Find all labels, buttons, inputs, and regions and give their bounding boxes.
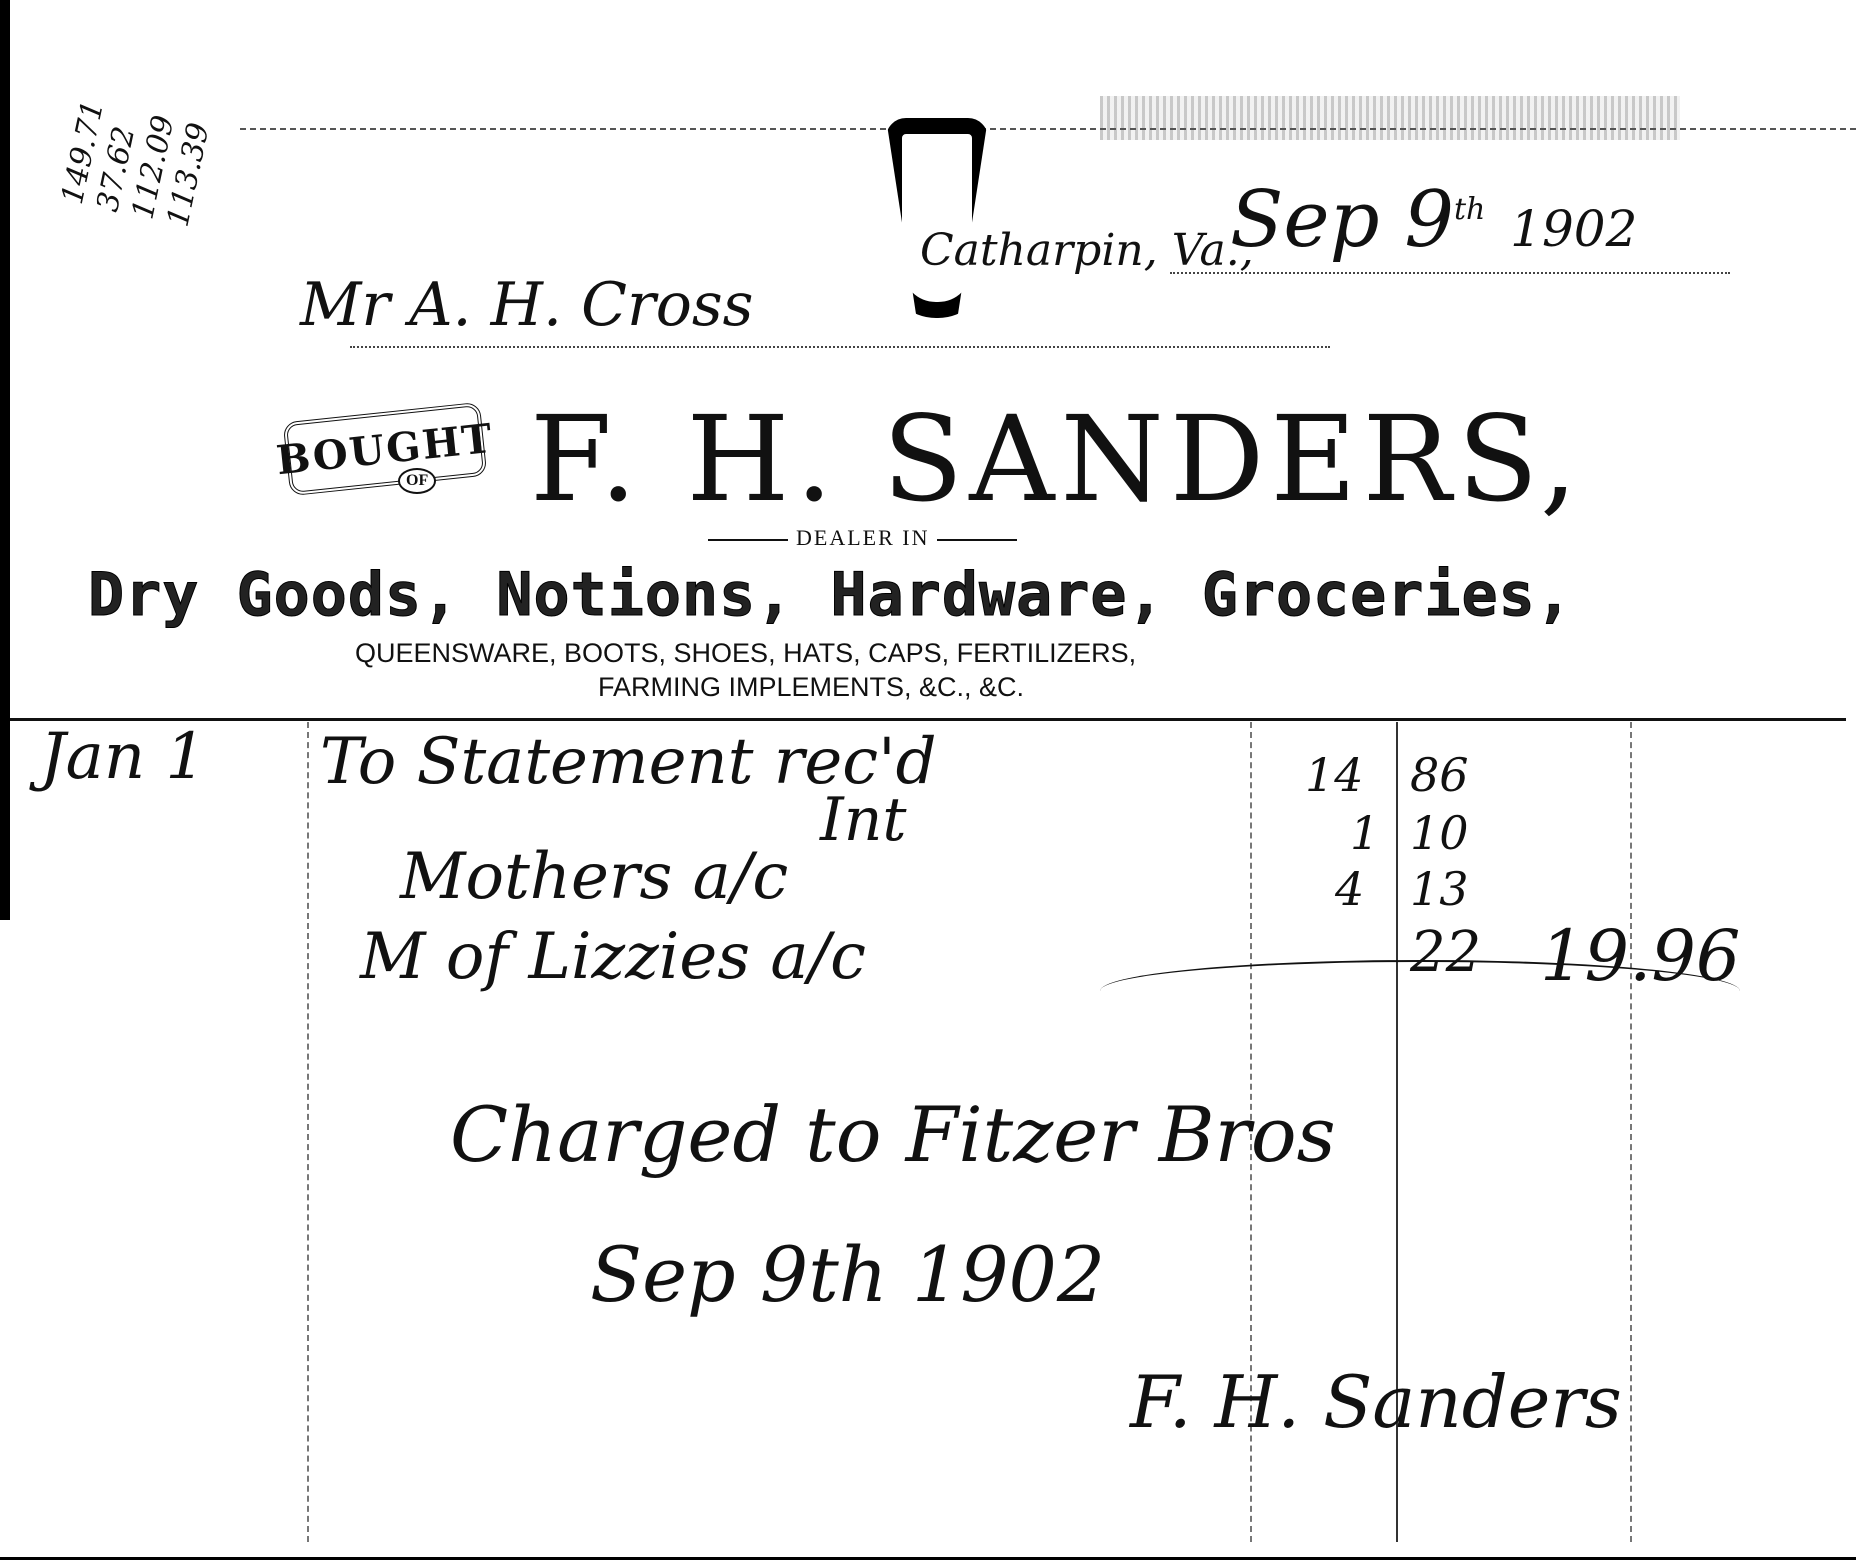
line-item-cents: 13: [1410, 862, 1469, 916]
customer-dotted-line: [350, 346, 1330, 348]
bought-badge: BOUGHT: [283, 402, 488, 496]
line-item-cents: 86: [1410, 748, 1469, 802]
charged-note: Charged to Fitzer Bros: [450, 1090, 1336, 1179]
dealer-in-label: DEALER IN: [700, 525, 1025, 551]
line-item-dollars: 1: [1350, 806, 1379, 860]
date-column-rule: [307, 722, 309, 1542]
invoice-date: Sep 9th 1902: [1230, 175, 1637, 265]
charged-date: Sep 9th 1902: [590, 1230, 1105, 1319]
top-perforation: [240, 128, 1856, 132]
total-column-rule: [1630, 722, 1632, 1542]
paper-clip-icon: [886, 118, 988, 318]
of-badge: OF: [398, 468, 436, 494]
line-item-cents: 10: [1410, 806, 1469, 860]
line-item-description: Mothers a/c: [400, 840, 788, 914]
scan-bottom-edge: [0, 1557, 1856, 1560]
torn-paper-band: [1100, 96, 1680, 140]
scan-left-edge: [0, 0, 10, 920]
customer-name: A. H. Cross: [409, 270, 753, 340]
date-year: 1902: [1510, 200, 1637, 258]
date-dotted-line: [1170, 272, 1730, 274]
main-goods-line: Dry Goods, Notions, Hardware, Groceries,: [88, 560, 1573, 630]
ledger-top-rule: [10, 718, 1846, 721]
margin-calculations: 149.71 37.62 112.09 113.39: [55, 97, 218, 230]
bought-of-ornament: BOUGHT OF: [258, 390, 508, 510]
signature: F. H. Sanders: [1130, 1360, 1622, 1444]
line-item-description: M of Lizzies a/c: [360, 920, 866, 994]
line-item-dollars: 14: [1305, 748, 1364, 802]
sub-goods-line-1: QUEENSWARE, BOOTS, SHOES, HATS, CAPS, FE…: [355, 638, 1136, 669]
firm-name: F. H. SANDERS,: [530, 390, 1583, 528]
date-month-day: Sep 9: [1230, 175, 1454, 265]
line-item-dollars: 4: [1335, 862, 1364, 916]
line-item-date: Jan 1: [40, 720, 206, 794]
customer: Mr A. H. Cross: [300, 270, 753, 340]
line-item-description: Int: [820, 785, 906, 855]
date-suffix: th: [1454, 192, 1485, 227]
place-name: Catharpin, Va.,: [920, 225, 1254, 276]
total-underline-stroke: [1100, 960, 1740, 1022]
customer-prefix: Mr: [300, 270, 390, 340]
sub-goods-line-2: FARMING IMPLEMENTS, &C., &C.: [598, 672, 1024, 703]
